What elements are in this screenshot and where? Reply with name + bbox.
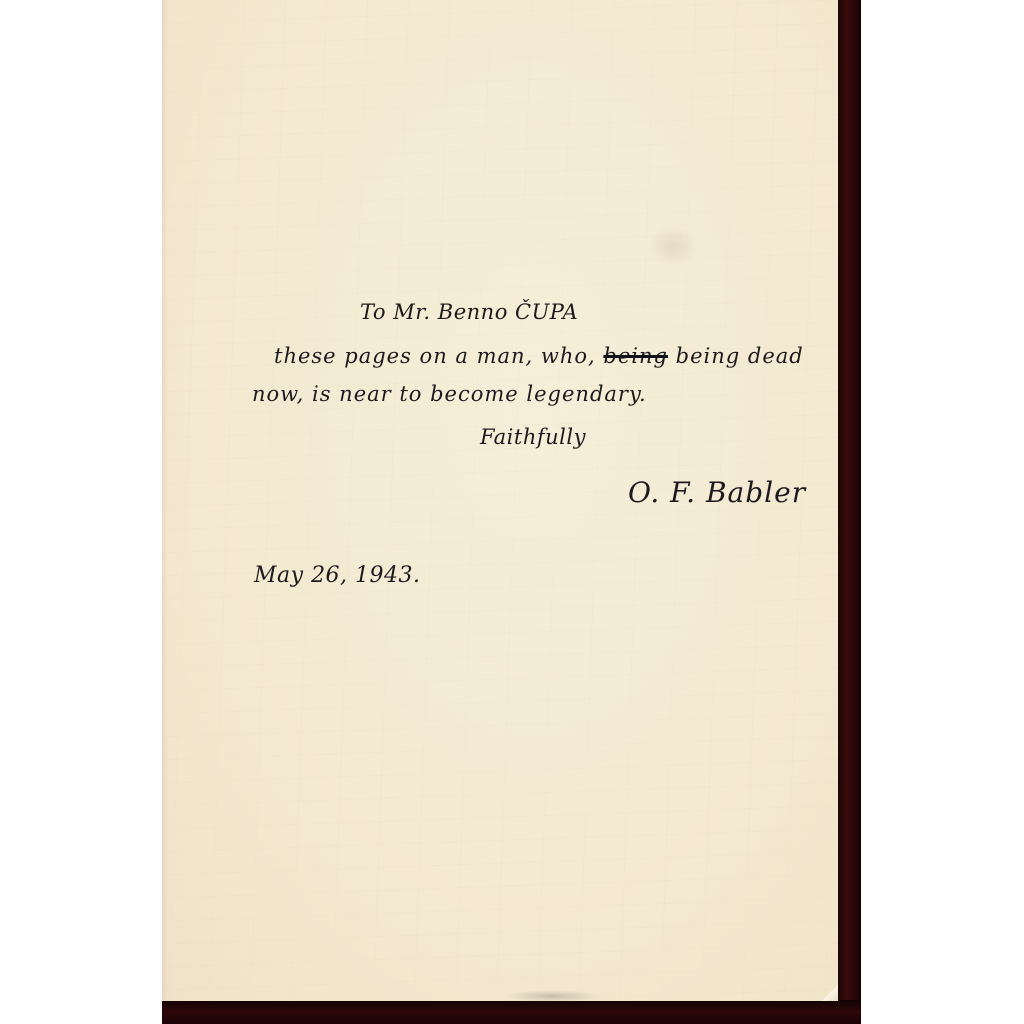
dedication-date: May 26, 1943. — [254, 563, 421, 588]
backing-board-right-edge — [838, 0, 861, 1024]
paper-stain — [648, 226, 698, 266]
page-corner-curl — [822, 985, 838, 1001]
dedication-line-2: now, is near to become legendary. — [252, 382, 647, 406]
dedication-line-1-start: these pages on a man, who, — [274, 344, 603, 368]
signature: O. F. Babler — [628, 476, 806, 509]
closing-salutation: Faithfully — [480, 425, 586, 449]
dedication-addressee: To Mr. Benno ČUPA — [360, 300, 578, 324]
struck-out-word: being — [603, 344, 668, 368]
backing-board-bottom-edge — [162, 1000, 861, 1024]
paper-smudge — [502, 990, 602, 1002]
dedication-line-1-end: being dead — [668, 344, 804, 368]
scanned-document: To Mr. Benno ČUPA these pages on a man, … — [0, 0, 1024, 1024]
paper-page: To Mr. Benno ČUPA these pages on a man, … — [162, 0, 838, 1001]
dedication-line-1: these pages on a man, who, being being d… — [274, 344, 804, 368]
